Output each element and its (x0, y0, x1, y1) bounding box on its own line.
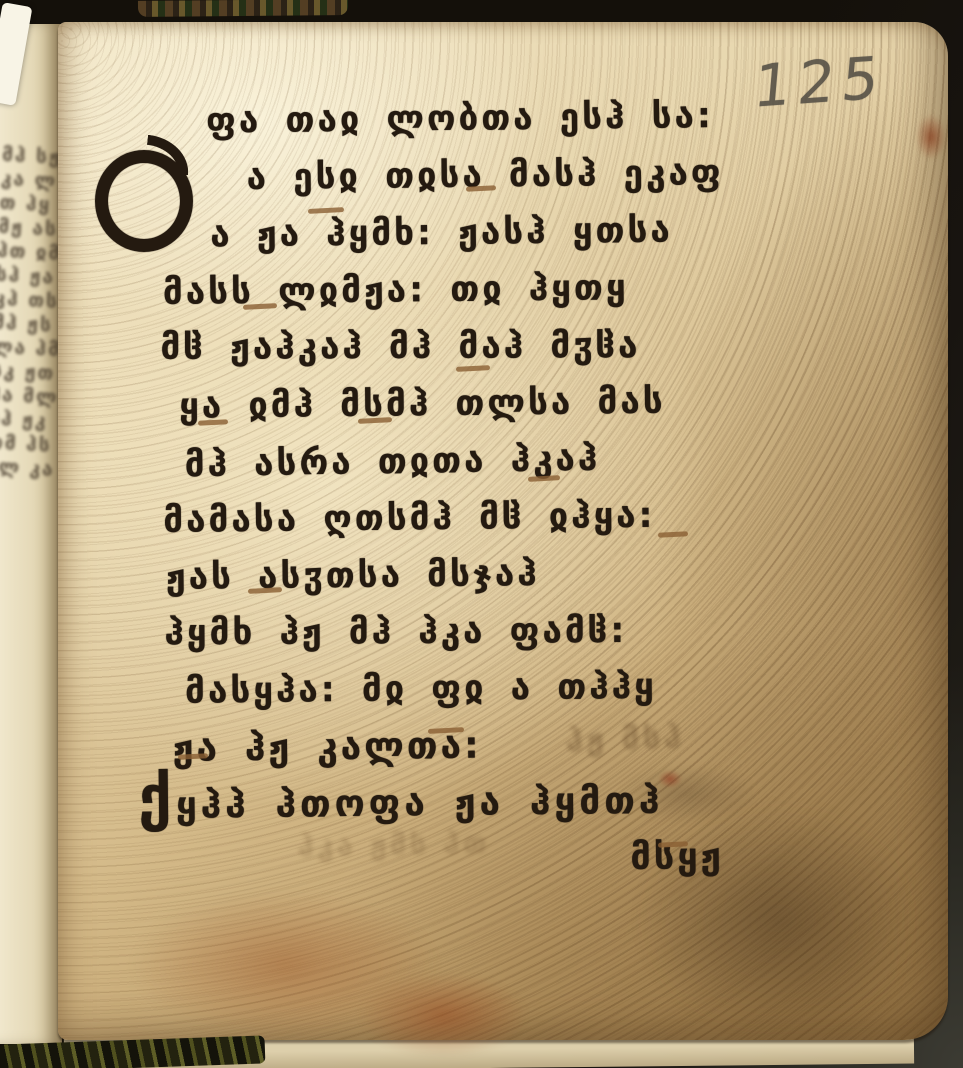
text-line: მასს ლჲმჟა: თჲ ჰყთყ (163, 262, 775, 325)
text-line: ჟას ასჳთსა მსჯაჰ (166, 546, 778, 609)
text-line: მჰ ასრა თჲთა ჰკაჰ (184, 431, 776, 497)
text-line: მამასა ღთსმჰ მჱ ჲჰყა: (163, 490, 777, 553)
stain (916, 114, 946, 160)
folio-number: 125 (751, 43, 888, 121)
text-line: ყა ჲმჰ მსმჰ თლსა მას (179, 376, 776, 439)
ink-bleedthrough: ჰკა ჟმს ჰთ (298, 826, 491, 862)
text-line: ა ესჲ თჲსა მასჰ ეკაფ (246, 148, 773, 211)
headband-threads (138, 0, 348, 17)
text-line: ჰყმხ ჰჟ მჰ ჰკა ფამჱ: (164, 605, 777, 665)
text-block: ფა თაჲ ლობთა ესჰ სა: ა ესჲ თჲსა მასჰ ეკა… (104, 91, 780, 896)
ink-bleedthrough: ჰჟ მსჰ (565, 720, 685, 759)
parchment-page: 125 ფა თაჲ ლობთა ესჰ სა: ა ესჲ თჲსა მასჰ… (58, 22, 948, 1040)
text-line: ფა თაჲ ლობთა ესჰ სა: (206, 91, 773, 154)
text-line: ჟა ჰჟ კალთა: (172, 717, 779, 780)
text-line: ა ჟა ჰყმხ: ჟასჰ ყთსა (210, 205, 774, 268)
previous-page-blurred-text: მჰ სჟ კა ლთ ჰყ მჟ ას ჰთ ჲმ სჰ ჟა კჰ თს მ… (0, 142, 62, 481)
manuscript-photo: მჰ სჟ კა ლთ ჰყ მჟ ას ჰთ ჲმ სჰ ჟა კჰ თს მ… (0, 0, 963, 1068)
previous-page-edge: მჰ სჟ კა ლთ ჰყ მჟ ას ჰთ ჲმ სჰ ჟა კჰ თს მ… (0, 24, 62, 1044)
stain (130, 890, 440, 1040)
text-line: მასყჰა: მჲ ფჲ ა თჰჰყ (185, 660, 779, 723)
